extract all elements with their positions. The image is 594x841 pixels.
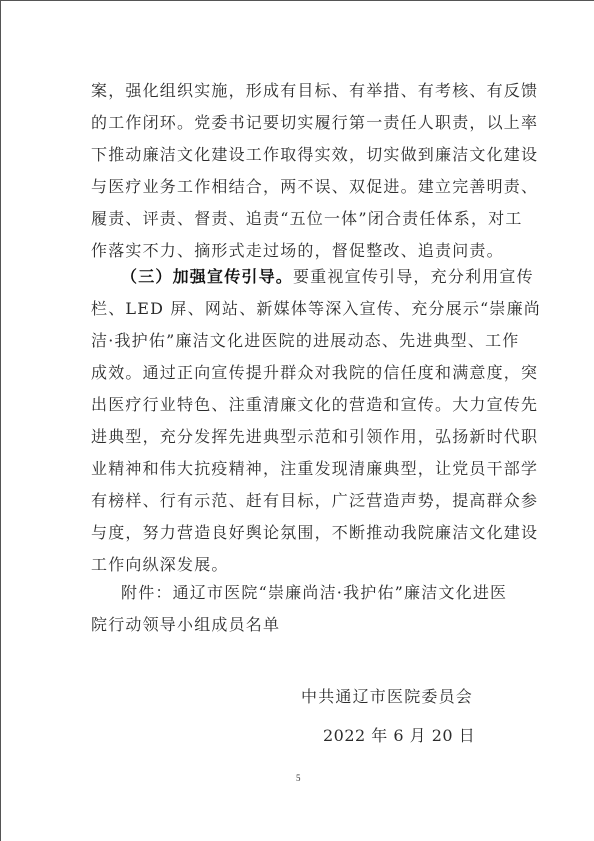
section-first-line: （三）加强宣传引导。要重视宣传引导，充分利用宣传 — [121, 267, 534, 287]
attachment-line: 院行动领导小组成员名单 — [91, 615, 280, 635]
signature-organization: 中共通辽市医院委员会 — [301, 684, 473, 707]
text-line: 洁·我护佑”廉洁文化进医院的进展动态、先进典型、工作 — [91, 331, 519, 351]
text-line: 进典型，充分发挥先进典型示范和引领作用，弘扬新时代职 — [91, 427, 538, 447]
text-line: 下推动廉洁文化建设工作取得实效，切实做到廉洁文化建设 — [91, 145, 538, 165]
text-line: 出医疗行业特色、注重清廉文化的营造和宣传。大力宣传先 — [91, 395, 538, 415]
attachment-line: 附件：通辽市医院“崇廉尚洁·我护佑”廉洁文化进医 — [121, 583, 507, 603]
text-line: 的工作闭环。党委书记要切实履行第一责任人职责，以上率 — [91, 113, 538, 133]
text-line: 作落实不力、摘形式走过场的，督促整改、追责问责。 — [91, 241, 504, 261]
text-line: 与医疗业务工作相结合，两不误、双促进。建立完善明责、 — [91, 177, 538, 197]
text-line: 案，强化组织实施，形成有目标、有举措、有考核、有反馈 — [91, 81, 538, 101]
page-number: 5 — [296, 773, 301, 783]
text-line: 业精神和伟大抗疫精神，注重发现清廉典型，让党员干部学 — [91, 459, 538, 479]
section-heading: （三）加强宣传引导。 — [121, 267, 293, 286]
text-line: 履责、评责、督责、追责“五位一体”闭合责任体系，对工 — [91, 209, 523, 229]
document-page: 案，强化组织实施，形成有目标、有举措、有考核、有反馈 的工作闭环。党委书记要切实… — [0, 0, 594, 841]
text-line: 有榜样、行有示范、赶有目标，广泛营造声势，提高群众参 — [91, 491, 538, 511]
section-first-line-text: 要重视宣传引导，充分利用宣传 — [293, 267, 534, 286]
text-line: 栏、LED 屏、网站、新媒体等深入宣传、充分展示“崇廉尚 — [91, 299, 541, 319]
text-line: 成效。通过正向宣传提升群众对我院的信任度和满意度，突 — [91, 363, 538, 383]
text-line: 工作向纵深发展。 — [91, 555, 229, 575]
text-line: 与度，努力营造良好舆论氛围，不断推动我院廉洁文化建设 — [91, 523, 538, 543]
signature-date: 2022 年 6 月 20 日 — [323, 723, 475, 746]
